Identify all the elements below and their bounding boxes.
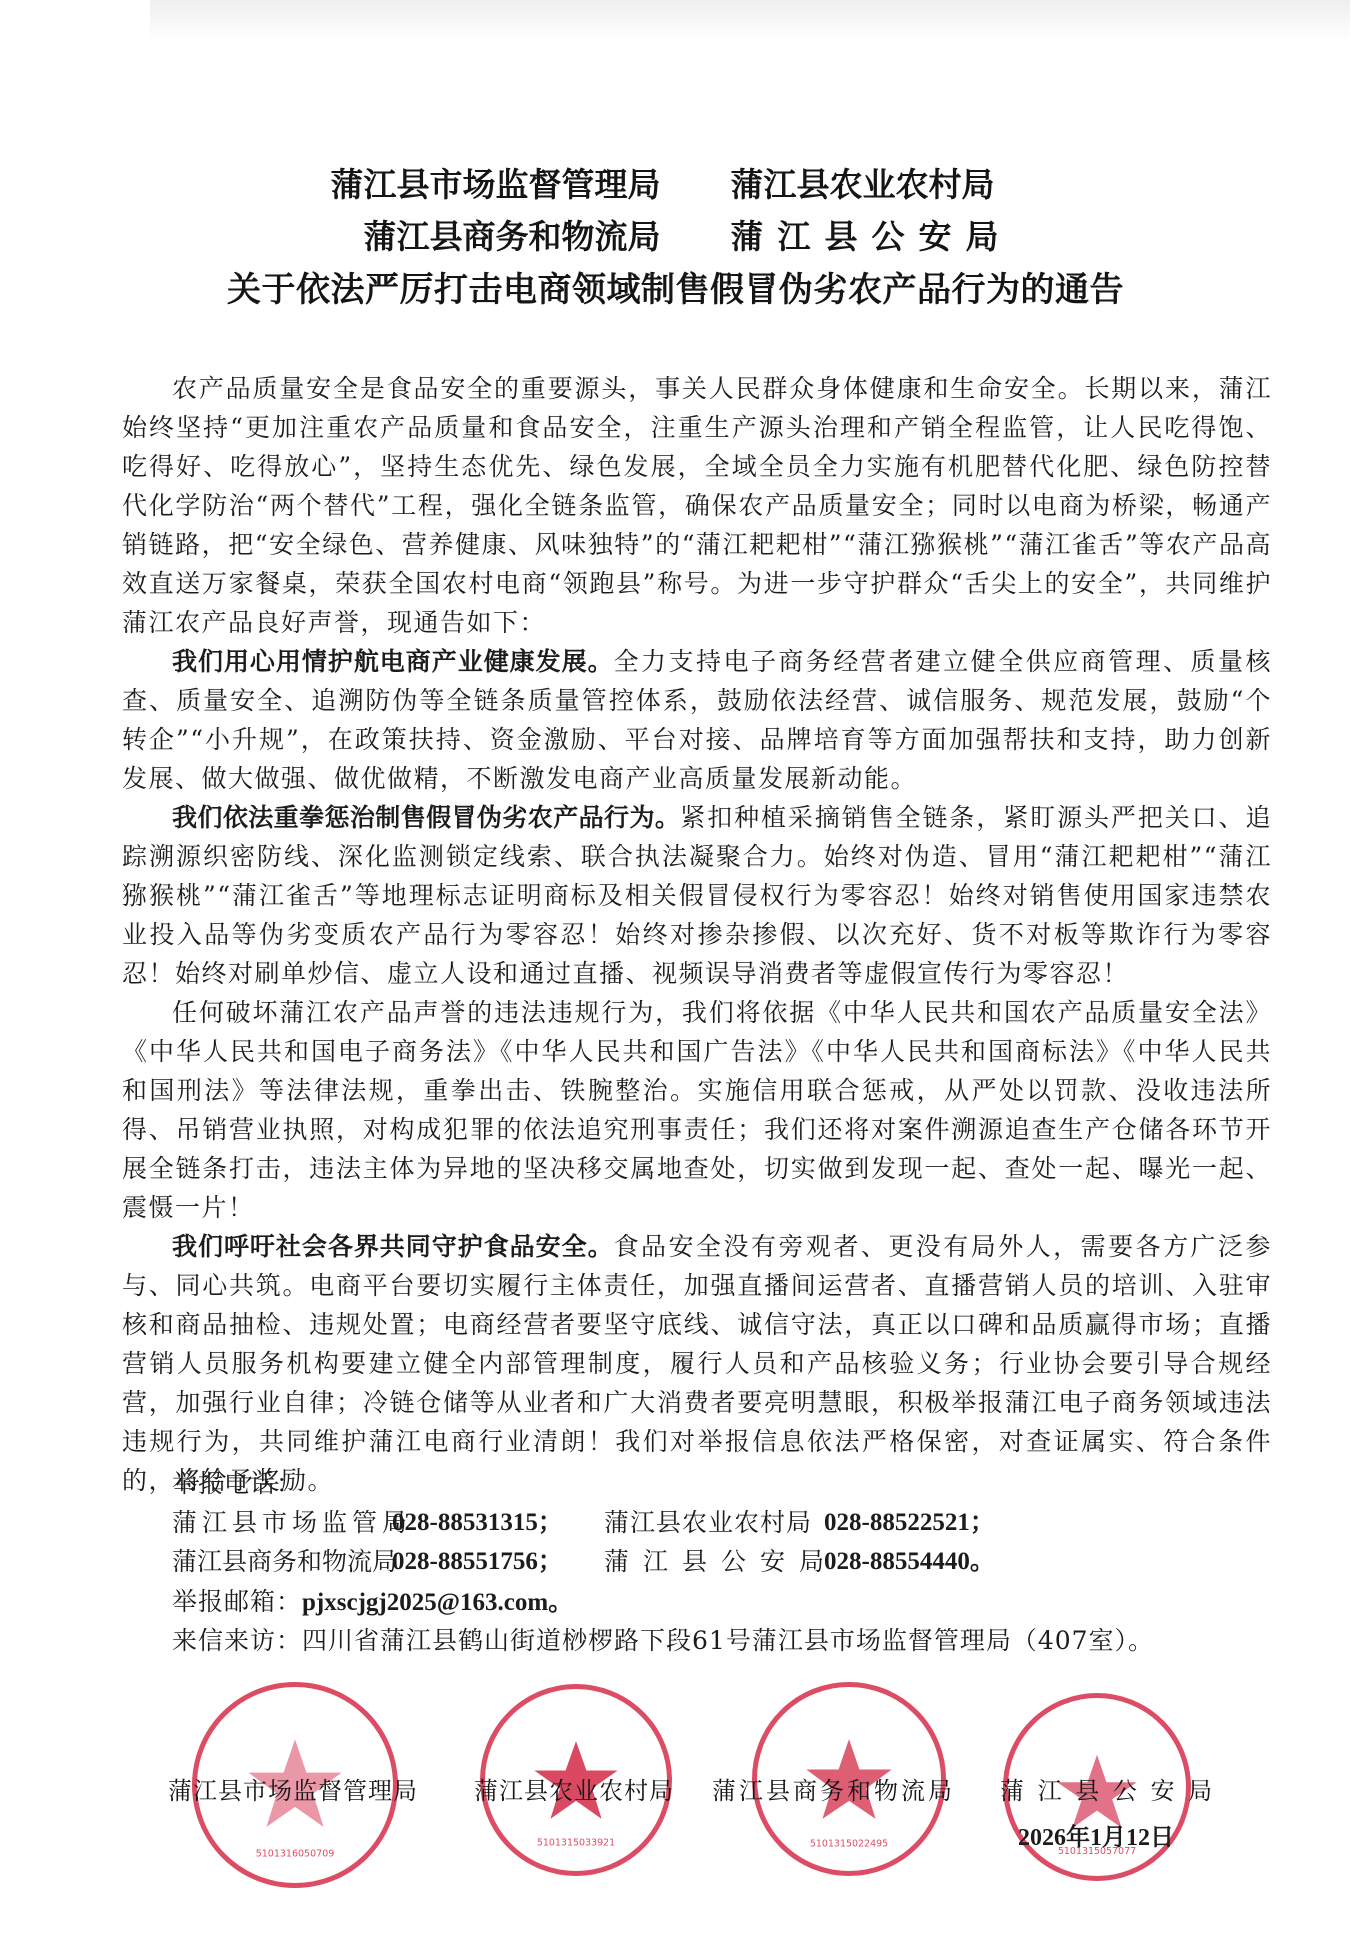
email-row: 举报邮箱：pjxscjgj2025@163.com。 xyxy=(172,1582,573,1622)
signature-market-supervision: 蒲江县市场监督管理局 xyxy=(168,1771,418,1806)
org-agriculture: 蒲江县农业农村局 xyxy=(731,163,1111,207)
org-market-supervision: 蒲江县市场监督管理局 xyxy=(241,163,661,207)
header-orgs-row-2: 蒲江县商务和物流局蒲江县公安局 xyxy=(0,215,1351,259)
visit-label: 来信来访： xyxy=(172,1626,302,1655)
document-title: 关于依法严厉打击电商领域制售假冒伪劣农产品行为的通告 xyxy=(0,267,1351,313)
email-address[interactable]: pjxscjgj2025@163.com。 xyxy=(302,1589,573,1616)
visit-row: 来信来访：四川省蒲江县鹤山街道桫椤路下段61号蒲江县市场监督管理局（407室）。 xyxy=(172,1621,1154,1660)
svg-text:5101315022495: 5101315022495 xyxy=(810,1838,888,1849)
section-paragraph-1: 我们用心用情护航电商产业健康发展。全力支持电子商务经营者建立健全供应商管理、质量… xyxy=(122,642,1272,798)
scan-shadow xyxy=(150,0,1350,40)
signature-police: 蒲 江 县 公 安 局 xyxy=(1000,1771,1215,1806)
phone-label: 举报电话： xyxy=(172,1464,302,1503)
phone-number: 028-88554440。 xyxy=(824,1542,995,1581)
org-commerce: 蒲江县商务和物流局 xyxy=(241,215,661,259)
signature-agriculture: 蒲江县农业农村局 xyxy=(474,1771,674,1806)
issue-date: 2026年1月12日 xyxy=(1018,1817,1174,1852)
visit-address: 四川省蒲江县鹤山街道桫椤路下段61号蒲江县市场监督管理局（407室）。 xyxy=(302,1626,1154,1655)
svg-text:5101315033921: 5101315033921 xyxy=(537,1837,615,1848)
email-label: 举报邮箱： xyxy=(172,1587,302,1616)
header-orgs-row-1: 蒲江县市场监督管理局蒲江县农业农村局 xyxy=(0,163,1351,207)
svg-text:5101316050709: 5101316050709 xyxy=(256,1848,335,1859)
section-paragraph-3: 任何破坏蒲江农产品声誉的违法违规行为，我们将依据《中华人民共和国农产品质量安全法… xyxy=(122,993,1272,1227)
section-text: 食品安全没有旁观者、更没有局外人，需要各方广泛参与、同心共筑。电商平台要切实履行… xyxy=(122,1232,1272,1495)
phone-number: 028-88531315； xyxy=(392,1503,563,1542)
intro-paragraph: 农产品质量安全是食品安全的重要源头，事关人民群众身体健康和生命安全。长期以来，蒲… xyxy=(122,369,1272,642)
section-text: 任何破坏蒲江农产品声誉的违法违规行为，我们将依据《中华人民共和国农产品质量安全法… xyxy=(122,998,1272,1222)
org-police: 蒲江县公安局 xyxy=(731,215,1111,259)
phone-number: 028-88551756； xyxy=(392,1542,563,1581)
section-heading: 我们依法重拳惩治制售假冒伪劣农产品行为。 xyxy=(172,803,680,832)
section-paragraph-2: 我们依法重拳惩治制售假冒伪劣农产品行为。紧扣种植采摘销售全链条，紧盯源头严把关口… xyxy=(122,798,1272,993)
phone-number: 028-88522521； xyxy=(824,1503,995,1542)
section-heading: 我们用心用情护航电商产业健康发展。 xyxy=(172,647,614,676)
phone-org: 蒲江县商务和物流局 xyxy=(172,1542,397,1581)
section-paragraph-4: 我们呼吁社会各界共同守护食品安全。食品安全没有旁观者、更没有局外人，需要各方广泛… xyxy=(122,1227,1272,1500)
phone-org: 蒲江县公安局 xyxy=(604,1542,838,1581)
document-body: 农产品质量安全是食品安全的重要源头，事关人民群众身体健康和生命安全。长期以来，蒲… xyxy=(122,369,1272,1500)
section-heading: 我们呼吁社会各界共同守护食品安全。 xyxy=(172,1232,614,1261)
phone-org: 蒲江县市场监管局 xyxy=(172,1503,412,1542)
signature-commerce: 蒲江县商务和物流局 xyxy=(712,1771,955,1806)
phone-org: 蒲江县农业农村局 xyxy=(604,1503,812,1542)
